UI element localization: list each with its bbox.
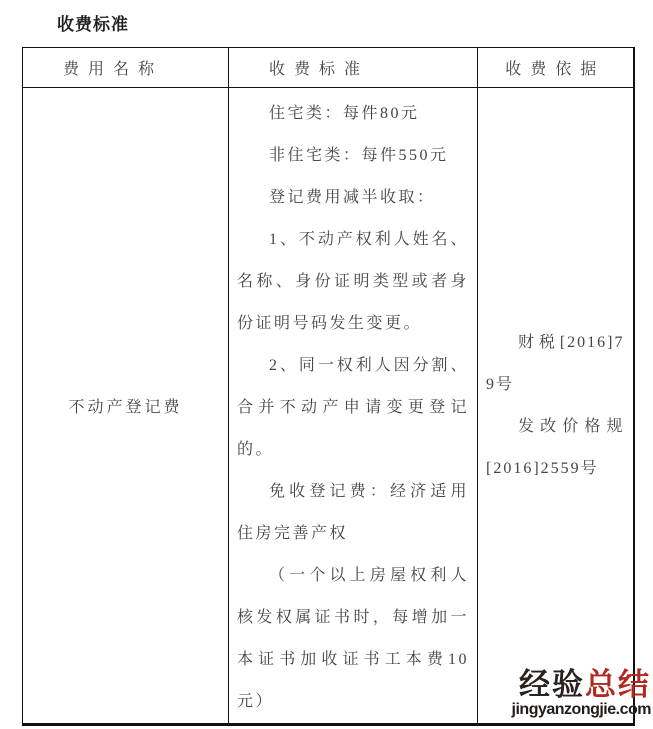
fee-basis-paragraph: 发改价格规[2016]2559号 <box>486 406 625 490</box>
header-fee-basis: 收费依据 <box>478 48 634 88</box>
fee-basis-paragraph: 财税[2016]79号 <box>486 322 625 406</box>
watermark-brand-red: 总结 <box>585 667 651 702</box>
fee-standard-paragraph: 住宅类：每件80元 <box>237 93 469 135</box>
fee-standard-paragraph: （一个以上房屋权利人核发权属证书时，每增加一本证书加收证书工本费10元） <box>237 555 469 723</box>
fee-standard-paragraph: 2、同一权利人因分割、合并不动产申请变更登记的。 <box>237 345 469 471</box>
table-header-row: 费用名称 收费标准 收费依据 <box>23 48 634 88</box>
cell-fee-name: 不动产登记费 <box>23 88 229 725</box>
watermark-brand-dark: 经验 <box>519 667 585 702</box>
header-fee-name: 费用名称 <box>23 48 229 88</box>
fee-standard-paragraph: 免收登记费：经济适用住房完善产权 <box>237 471 469 555</box>
cell-fee-standard: 住宅类：每件80元 非住宅类：每件550元 登记费用减半收取： 1、不动产权利人… <box>229 88 478 725</box>
fee-table: 费用名称 收费标准 收费依据 不动产登记费 住宅类：每件80元 非住宅类：每件5… <box>22 47 635 726</box>
watermark-brand: 经验总结 <box>512 669 651 700</box>
page-title: 收费标准 <box>57 10 129 35</box>
watermark-domain: jingyanzongjie.com <box>512 702 651 718</box>
fee-standard-paragraph: 登记费用减半收取： <box>237 177 469 219</box>
document-page: 收费标准 费用名称 收费标准 收费依据 不动产登记费 住宅类：每件80元 非住宅… <box>0 0 653 729</box>
header-fee-standard: 收费标准 <box>229 48 478 88</box>
site-watermark: 经验总结 jingyanzongjie.com <box>512 669 651 718</box>
table-row: 不动产登记费 住宅类：每件80元 非住宅类：每件550元 登记费用减半收取： 1… <box>23 88 634 725</box>
cell-fee-basis: 财税[2016]79号 发改价格规[2016]2559号 <box>478 88 634 725</box>
fee-standard-paragraph: 非住宅类：每件550元 <box>237 135 469 177</box>
fee-standard-paragraph: 1、不动产权利人姓名、名称、身份证明类型或者身份证明号码发生变更。 <box>237 219 469 345</box>
